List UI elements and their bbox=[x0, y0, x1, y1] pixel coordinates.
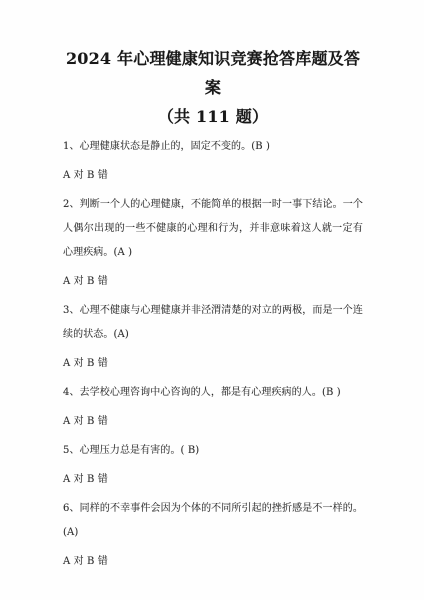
question-6-options: A 对 B 错 bbox=[63, 550, 363, 574]
title-line-2: （共 111 题） bbox=[63, 102, 363, 131]
question-2-options: A 对 B 错 bbox=[63, 270, 363, 294]
question-5-text: 5、心理压力总是有害的。( B) bbox=[63, 439, 363, 463]
question-1-options: A 对 B 错 bbox=[63, 164, 363, 188]
question-6-text: 6、同样的不幸事件会因为个体的不同所引起的挫折感是不一样的。(A) bbox=[63, 497, 363, 545]
document-title: 2024 年心理健康知识竞赛抢答库题及答案 （共 111 题） bbox=[63, 44, 363, 131]
question-2-text: 2、判断一个人的心理健康，不能简单的根据一时一事下结论。一个人偶尔出现的一些不健… bbox=[63, 193, 363, 265]
title-line-1: 2024 年心理健康知识竞赛抢答库题及答案 bbox=[63, 44, 363, 102]
question-list: 1、心理健康状态是静止的，固定不变的。(B ) A 对 B 错 2、判断一个人的… bbox=[63, 135, 363, 574]
question-5-options: A 对 B 错 bbox=[63, 468, 363, 492]
question-3-options: A 对 B 错 bbox=[63, 352, 363, 376]
document-page: 2024 年心理健康知识竞赛抢答库题及答案 （共 111 题） 1、心理健康状态… bbox=[0, 0, 424, 600]
question-4-text: 4、去学校心理咨询中心咨询的人，都是有心理疾病的人。(B ) bbox=[63, 381, 363, 405]
question-3-text: 3、心理不健康与心理健康并非泾渭清楚的对立的两极，而是一个连续的状态。(A) bbox=[63, 299, 363, 347]
question-1-text: 1、心理健康状态是静止的，固定不变的。(B ) bbox=[63, 135, 363, 159]
question-4-options: A 对 B 错 bbox=[63, 410, 363, 434]
